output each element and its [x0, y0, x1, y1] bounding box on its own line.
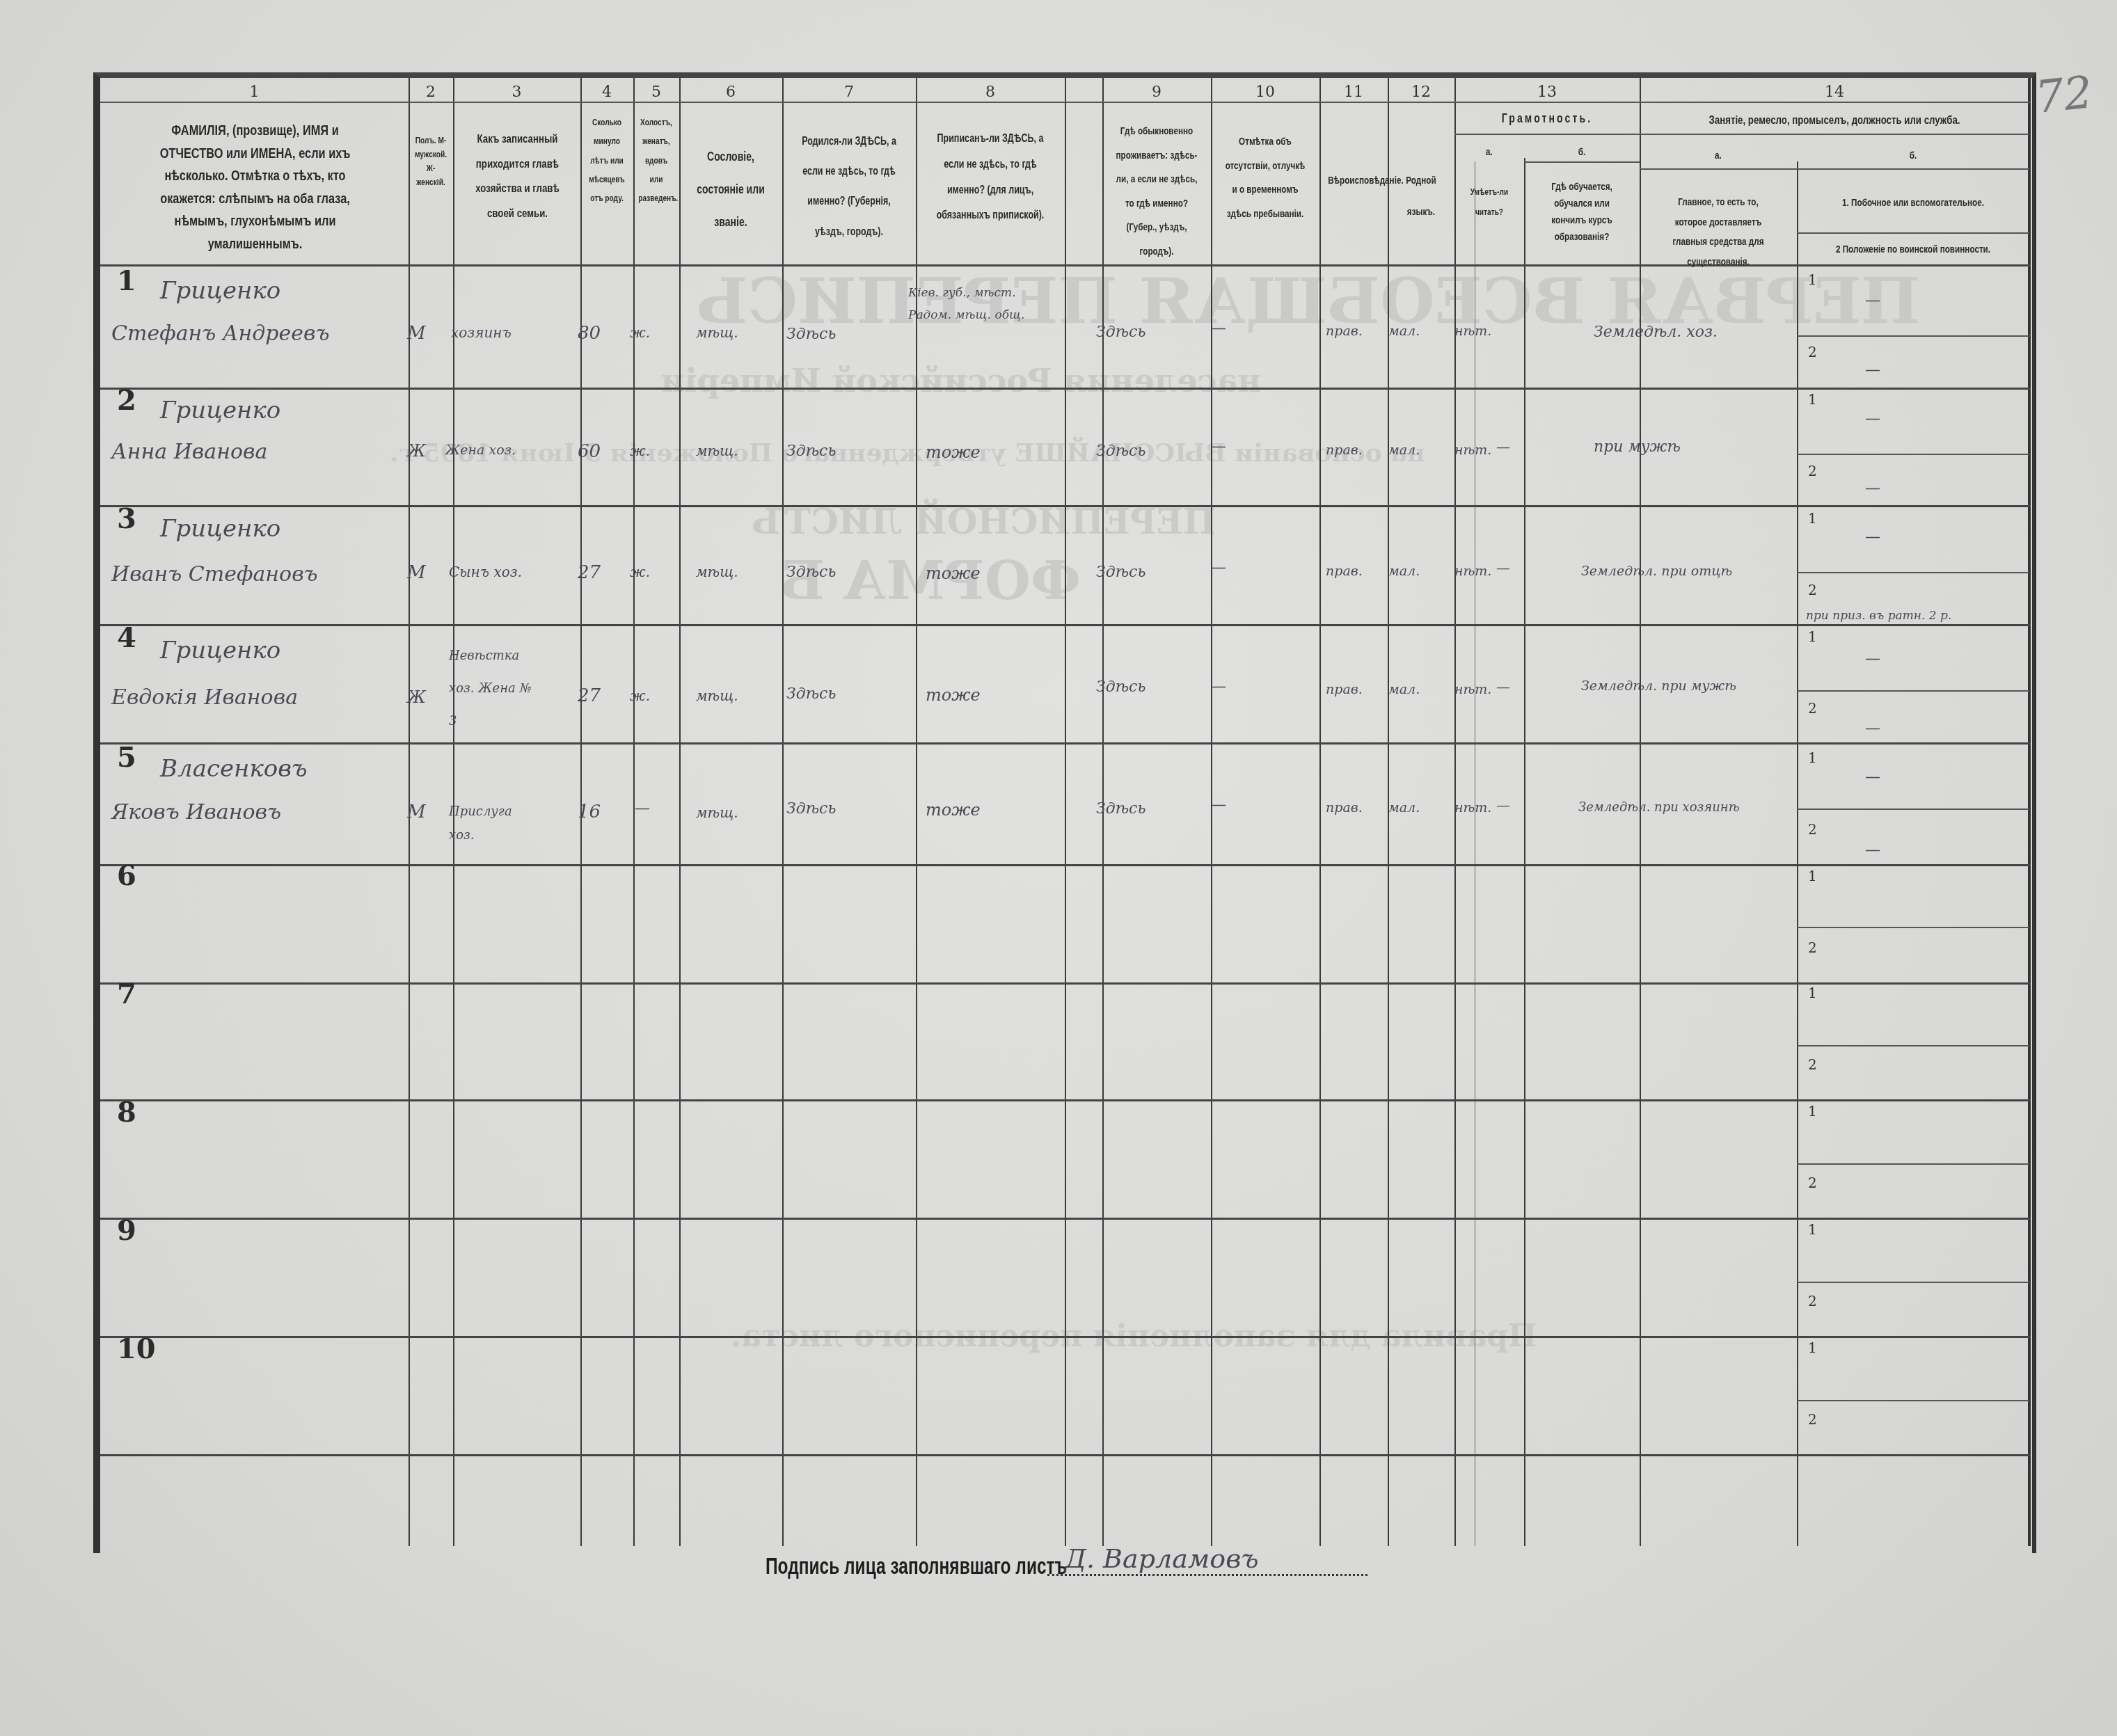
- row2-age: 60: [578, 441, 601, 462]
- row-divider: [100, 742, 2031, 744]
- row5-age: 16: [578, 802, 601, 822]
- row4-religion: прав.: [1326, 682, 1363, 697]
- header-col-4: Сколько минуло лѣтъ или мѣсяцевъ отъ род…: [586, 113, 627, 207]
- row3-relation: Сынъ хоз.: [449, 564, 522, 580]
- row5-marital: —: [635, 800, 650, 818]
- colnum-8: 8: [916, 83, 1065, 101]
- colnum-5: 5: [633, 83, 679, 101]
- header-col-3: Какъ записанный приходится главѣ хозяйст…: [470, 127, 565, 226]
- colnum-9: 9: [1102, 83, 1211, 101]
- subrow-divider: [1797, 690, 2029, 692]
- row2-language: мал.: [1388, 443, 1420, 458]
- header-col-12: Родной языкъ.: [1396, 165, 1446, 228]
- header-col-9: Гдѣ обыкновенно проживаетъ: здѣсь-ли, а …: [1116, 120, 1198, 264]
- row3-marital: ж.: [630, 564, 650, 580]
- colnum-10: 10: [1211, 83, 1319, 101]
- subrow-label: 1: [1808, 1339, 1817, 1356]
- col-divider: [1797, 161, 1798, 1546]
- row3-literacy: нѣт.: [1454, 564, 1491, 579]
- subrow-divider: [1797, 1400, 2029, 1401]
- row-number-9: 9: [117, 1214, 136, 1247]
- row4-sex: Ж: [407, 687, 426, 707]
- row2-relation: Жена хоз.: [445, 443, 516, 458]
- row5-religion: прав.: [1326, 800, 1363, 815]
- row4-marital: ж.: [630, 687, 650, 704]
- occupation-sub-line: [1640, 168, 2029, 170]
- header-col-13a: Умѣетъ-ли читать?: [1462, 182, 1516, 222]
- row1-occupation: Земледѣл. хоз.: [1594, 324, 1718, 341]
- col-divider: [1065, 78, 1066, 1546]
- row1-estate: мѣщ.: [696, 324, 738, 341]
- subrow-label: 1: [1808, 391, 1817, 408]
- row-number-3: 3: [117, 502, 136, 535]
- colnum-12: 12: [1388, 83, 1454, 101]
- header-col-10: Отмѣтка объ отсутствіи, отлучкѣ и о врем…: [1224, 130, 1307, 226]
- row5-sex: М: [407, 802, 426, 822]
- row5-resides: Здѣсь: [1096, 800, 1145, 818]
- row2-resides: Здѣсь: [1096, 443, 1145, 460]
- row3-born: Здѣсь: [786, 564, 836, 581]
- row-divider: [100, 982, 2031, 985]
- row-divider: [100, 505, 2031, 507]
- subrow-label: 1: [1808, 985, 1817, 1001]
- row2-absence: —: [1211, 438, 1226, 456]
- col-divider: [679, 78, 681, 1546]
- col-divider: [1319, 78, 1321, 1546]
- subrow-label: 1: [1808, 628, 1817, 645]
- row-divider: [100, 1336, 2031, 1338]
- row1-surname: Гриценко: [160, 277, 280, 305]
- header-col-1: ФАМИЛІЯ, (прозвище), ИМЯ и ОТЧЕСТВО или …: [140, 120, 371, 255]
- row1-sex: М: [407, 323, 426, 344]
- colnum-6: 6: [679, 83, 782, 101]
- row2-surname: Гриценко: [160, 397, 280, 424]
- row2-estate: мѣщ.: [696, 443, 738, 459]
- header-col-13a-label: а.: [1462, 144, 1516, 160]
- row5-registered: тоже: [926, 800, 981, 820]
- subrow-label: 2: [1808, 939, 1817, 956]
- row-number-10: 10: [117, 1332, 156, 1365]
- row-number-4: 4: [117, 621, 136, 654]
- colnum-separator: [100, 102, 2031, 103]
- occupation-b-line: [1797, 232, 2029, 234]
- subrow-label: 1: [1808, 1221, 1817, 1238]
- row-number-1: 1: [117, 264, 136, 297]
- subrow-label: 1: [1808, 749, 1817, 766]
- header-col-14: Занятіе, ремесло, промыселъ, должность и…: [1683, 111, 1987, 129]
- signature-label: Подпись лица заполнявшаго листъ: [766, 1553, 1067, 1580]
- colnum-14: 14: [1640, 83, 2029, 101]
- header-col-13b: Гдѣ обучается, обучался или кончилъ курс…: [1539, 179, 1624, 246]
- row5-literacy: нѣт.: [1454, 800, 1491, 815]
- row3-age: 27: [578, 562, 601, 583]
- row4-estate: мѣщ.: [696, 687, 738, 704]
- page-number: 72: [2033, 67, 2095, 124]
- row3-name: Иванъ Стефановъ: [111, 562, 318, 587]
- subrow-divider: [1797, 809, 2029, 810]
- subrow-divider: [1797, 1045, 2029, 1046]
- row1-religion: прав.: [1326, 324, 1363, 339]
- header-col-11: Вѣроисповѣданіе.: [1328, 165, 1379, 196]
- signature-line: [1047, 1574, 1367, 1576]
- literacy-header-line: [1454, 134, 1640, 135]
- row1-military: —: [1865, 362, 1880, 379]
- row1-registered: Кіев. губ., мѣст. Радом. мѣщ. общ.: [908, 282, 1026, 327]
- row3-surname: Гриценко: [160, 515, 280, 543]
- row5-surname: Власенковъ: [160, 755, 308, 783]
- header-col-14a: Главное, то есть то, которое доставляетъ…: [1661, 193, 1775, 272]
- row2-education: —: [1496, 438, 1510, 455]
- row5-military: —: [1865, 842, 1880, 859]
- row3-secondary: —: [1865, 529, 1880, 546]
- row4-language: мал.: [1388, 682, 1420, 697]
- row3-sex: М: [407, 562, 426, 583]
- row3-language: мал.: [1388, 564, 1420, 579]
- row4-born: Здѣсь: [786, 685, 836, 703]
- occupation-header-line: [1640, 134, 2029, 135]
- header-col-13b-label: б.: [1537, 144, 1626, 160]
- row-number-8: 8: [117, 1096, 136, 1129]
- header-col-5: Холостъ, женатъ, вдовъ или разведенъ.: [638, 113, 674, 207]
- row5-relation: Прислуга хоз.: [449, 800, 532, 847]
- row2-religion: прав.: [1326, 443, 1363, 458]
- subrow-divider: [1797, 1163, 2029, 1165]
- header-col-8: Приписанъ-ли ЗДѢСЬ, а если не здѣсь, то …: [935, 127, 1047, 229]
- subrow-divider: [1797, 335, 2029, 337]
- row2-military: —: [1865, 480, 1880, 497]
- row3-education: —: [1496, 559, 1510, 576]
- subrow-label: 2: [1808, 463, 1817, 479]
- subrow-label: 1: [1808, 510, 1817, 527]
- header-col-14b-1: 1. Побочное или вспомогательное.: [1823, 195, 2002, 211]
- row4-occupation: Земледѣл. при мужѣ: [1581, 678, 1736, 694]
- subrow-label: 2: [1808, 582, 1817, 598]
- row4-resides: Здѣсь: [1096, 678, 1145, 696]
- header-col-13: Грамотность.: [1475, 109, 1619, 129]
- row1-secondary: —: [1865, 292, 1880, 310]
- row3-occupation: Земледѣл. при отцѣ: [1581, 564, 1732, 579]
- colnum-13: 13: [1454, 83, 1640, 101]
- row-number-6: 6: [117, 859, 136, 892]
- row3-religion: прав.: [1326, 564, 1363, 579]
- colnum-7: 7: [782, 83, 916, 101]
- row5-absence: —: [1211, 797, 1226, 814]
- col-divider: [782, 78, 784, 1546]
- row1-name: Стефанъ Андреевъ: [111, 321, 329, 346]
- subrow-divider: [1797, 927, 2029, 928]
- row1-born: Здѣсь: [786, 326, 836, 343]
- row1-marital: ж.: [630, 324, 650, 341]
- census-table: 1 2 3 4 5 6 7 8 9 10 11 12 13 14 ФАМИЛІЯ…: [93, 72, 2036, 1553]
- subrow-label: 2: [1808, 1056, 1817, 1073]
- row2-literacy: нѣт.: [1454, 443, 1491, 458]
- row1-resides: Здѣсь: [1096, 324, 1145, 341]
- row-divider: [100, 624, 2031, 626]
- subrow-label: 2: [1808, 1293, 1817, 1309]
- subrow-label: 2: [1808, 700, 1817, 717]
- subrow-label: 1: [1808, 271, 1817, 288]
- colnum-1: 1: [100, 83, 409, 101]
- subrow-label: 1: [1808, 868, 1817, 884]
- row5-occupation: Земледѣл. при хозяинѣ: [1578, 800, 1740, 815]
- row-number-7: 7: [117, 978, 136, 1010]
- signature: Д. Варламовъ: [1065, 1543, 1259, 1574]
- row5-name: Яковъ Ивановъ: [111, 800, 281, 825]
- row-divider: [100, 1099, 2031, 1101]
- colnum-11: 11: [1319, 83, 1388, 101]
- row4-registered: тоже: [926, 685, 981, 705]
- row3-resides: Здѣсь: [1096, 564, 1145, 581]
- colnum-2: 2: [409, 83, 453, 101]
- header-col-7: Родился-ли ЗДѢСЬ, а если не здѣсь, то гд…: [800, 127, 898, 247]
- row1-age: 80: [578, 323, 601, 344]
- row-number-2: 2: [117, 384, 136, 417]
- row5-education: —: [1496, 797, 1510, 813]
- table-right-border: [2028, 78, 2031, 1546]
- row4-surname: Гриценко: [160, 637, 280, 664]
- subrow-divider: [1797, 1282, 2029, 1283]
- row5-estate: мѣщ.: [696, 804, 738, 821]
- col-divider: [1475, 161, 1475, 1546]
- header-col-2: Полъ. М-мужской. Ж-женскій.: [413, 134, 448, 190]
- row-number-5: 5: [117, 741, 136, 774]
- row5-language: мал.: [1388, 800, 1420, 815]
- subrow-label: 1: [1808, 1103, 1817, 1120]
- colnum-3: 3: [453, 83, 580, 101]
- subrow-label: 2: [1808, 821, 1817, 838]
- row4-literacy: нѣт.: [1454, 682, 1491, 697]
- row2-registered: тоже: [926, 443, 981, 462]
- row3-military: при приз. въ ратн. 2 р.: [1806, 609, 1951, 623]
- row1-literacy: нѣт.: [1454, 324, 1491, 339]
- subrow-divider: [1797, 454, 2029, 455]
- row-divider: [100, 1218, 2031, 1220]
- row4-secondary: —: [1865, 651, 1880, 668]
- row2-sex: Ж: [407, 441, 426, 461]
- row-divider: [100, 1454, 2031, 1456]
- row4-relation: Невѣстка хоз. Жена № 3: [449, 640, 539, 738]
- row2-occupation: при мужѣ: [1594, 438, 1681, 456]
- literacy-sub-line: [1524, 161, 1640, 163]
- header-col-14a-label: а.: [1657, 148, 1779, 164]
- row5-secondary: —: [1865, 769, 1880, 786]
- row-divider: [100, 864, 2031, 866]
- subrow-label: 2: [1808, 1174, 1817, 1191]
- row2-marital: ж.: [630, 443, 650, 459]
- row3-estate: мѣщ.: [696, 564, 738, 580]
- subrow-label: 2: [1808, 1411, 1817, 1428]
- row2-born: Здѣсь: [786, 443, 836, 460]
- row1-language: мал.: [1388, 324, 1420, 339]
- colnum-4: 4: [580, 83, 633, 101]
- row-divider: [100, 388, 2031, 390]
- row2-name: Анна Иванова: [111, 440, 267, 464]
- row1-relation: хозяинъ: [451, 324, 512, 341]
- subrow-divider: [1797, 572, 2029, 573]
- header-col-14b-2: 2 Положеніе по воинской повинности.: [1823, 241, 2002, 257]
- row2-secondary: —: [1865, 411, 1880, 428]
- row1-absence: —: [1211, 320, 1226, 337]
- row3-absence: —: [1211, 559, 1226, 577]
- header-col-14b-label: б.: [1823, 148, 2004, 164]
- row4-education: —: [1496, 678, 1510, 695]
- row4-age: 27: [578, 685, 601, 706]
- row3-registered: тоже: [926, 564, 981, 583]
- subrow-label: 2: [1808, 344, 1817, 360]
- row4-military: —: [1865, 720, 1880, 738]
- row5-born: Здѣсь: [786, 800, 836, 818]
- row4-name: Евдокія Иванова: [111, 685, 298, 710]
- row4-absence: —: [1211, 678, 1226, 696]
- header-col-6: Сословіе, состояніе или званіе.: [695, 141, 767, 238]
